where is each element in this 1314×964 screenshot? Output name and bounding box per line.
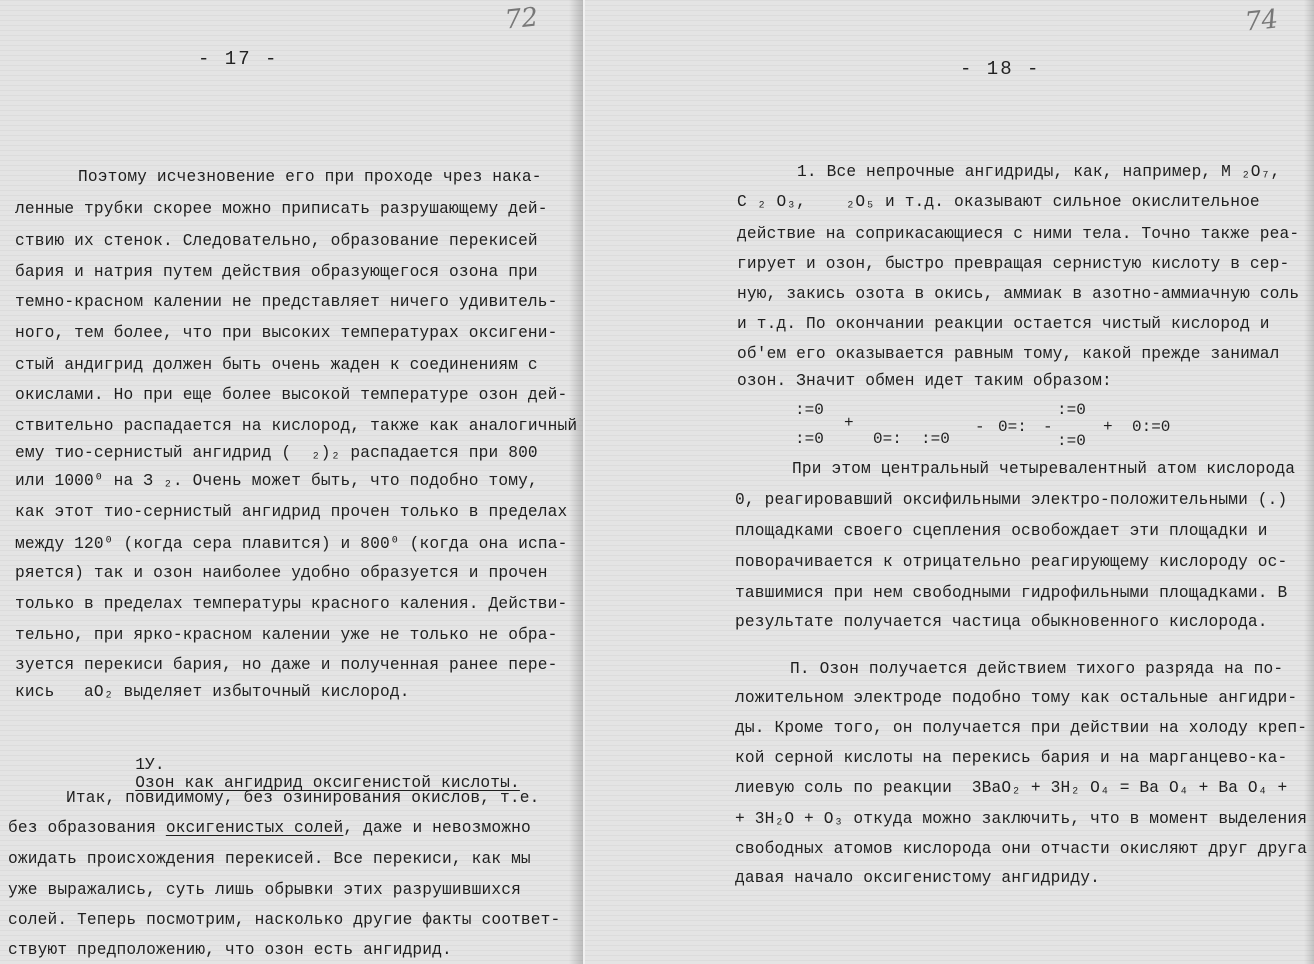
- text-line: кой серной кислоты на перекись бария и н…: [735, 749, 1287, 767]
- text-line: 0, реагировавший оксифильными электро-по…: [735, 491, 1287, 509]
- page-number: - 18 -: [960, 58, 1040, 80]
- text-line: Поэтому исчезновение его при проходе чре…: [78, 168, 542, 186]
- text-line: и т.д. По окончании реакции остается чис…: [737, 315, 1270, 333]
- page-number: - 17 -: [198, 48, 278, 70]
- text-line: ствительно распадается на кислород, такж…: [15, 417, 577, 435]
- text-line: ную, закись озота в окись, аммиак в азот…: [737, 285, 1299, 303]
- text-line: уже выражались, суть лишь обрывки этих р…: [8, 881, 521, 899]
- text-line: тельно, при ярко-красном калении уже не …: [15, 626, 558, 644]
- text-line: гирует и озон, быстро превращая сернисту…: [737, 255, 1289, 273]
- text-line: действие на соприкасающиеся с ними тела.…: [737, 225, 1299, 243]
- text-line: между 120⁰ (когда сера плавится) и 800⁰ …: [15, 533, 567, 553]
- text-line: только в пределах температуры красного к…: [15, 595, 567, 613]
- text-line: солей. Теперь посмотрим, насколько други…: [8, 911, 560, 929]
- text-line: свободных атомов кислорода они отчасти о…: [735, 840, 1307, 858]
- text-line: ленные трубки скорее можно приписать раз…: [15, 200, 548, 218]
- text-line: ожидать происхождения перекисей. Все пер…: [8, 850, 531, 868]
- text-line: давая начало оксигенистому ангидриду.: [735, 869, 1100, 887]
- right-page: - 18 - 74 1. Все непрочные ангидриды, ка…: [585, 0, 1314, 964]
- text-line: стый андигрид должен быть очень жаден к …: [15, 356, 538, 374]
- text-line: озон. Значит обмен идет таким образом:: [737, 372, 1112, 390]
- archive-number-handwritten: 72: [504, 2, 540, 35]
- text-line: поворачивается к отрицательно реагирующе…: [735, 553, 1287, 571]
- text-line: Итак, повидимому, без озинирования окисл…: [66, 789, 539, 807]
- text-line: лиевую соль по реакции 3BaO₂ + 3H₂ O₄ = …: [735, 779, 1287, 797]
- text-line: П. Озон получается действием тихого разр…: [790, 660, 1283, 678]
- section-number: 1У.: [135, 756, 165, 774]
- text-line: или 1000⁰ на З ₂. Очень может быть, что …: [15, 470, 538, 490]
- text-line: ного, тем более, что при высоких темпера…: [15, 324, 558, 342]
- left-page: - 17 - 72 Поэтому исчезновение его при п…: [0, 0, 583, 964]
- text-line: ряется) так и озон наиболее удобно образ…: [15, 564, 548, 582]
- text-line: ложительном электроде подобно тому как о…: [735, 689, 1297, 707]
- text-line: С ₂ O₃, ₂O₅ и т.д. оказывают сильное оки…: [737, 193, 1260, 211]
- text-line: тавшимися при нем свободными гидрофильны…: [735, 584, 1287, 602]
- text-line: площадками своего сцепления освобождает …: [735, 522, 1268, 540]
- text-line: ствию их стенок. Следовательно, образова…: [15, 232, 538, 250]
- text-line: результате получается частица обыкновенн…: [735, 613, 1268, 631]
- text-line: + 3H₂O + O₃ откуда можно заключить, что …: [735, 810, 1307, 828]
- text-line: зуется перекиси бария, но даже и получен…: [15, 656, 558, 674]
- text-line: 1. Все непрочные ангидриды, как, наприме…: [797, 163, 1280, 181]
- text-line: ему тио-сернистый ангидрид ( ₂)₂ распада…: [15, 444, 538, 462]
- text-line: При этом центральный четыревалентный ато…: [792, 460, 1295, 478]
- text-line: без образования оксигенистых солей, даже…: [8, 819, 531, 837]
- document-spread: - 17 - 72 Поэтому исчезновение его при п…: [0, 0, 1314, 964]
- text-line: темно-красном калении не представляет ни…: [15, 293, 558, 311]
- archive-number-handwritten: 74: [1244, 4, 1280, 37]
- text-line: ды. Кроме того, он получается при действ…: [735, 719, 1307, 737]
- text-line: об'ем его оказывается равным тому, какой…: [737, 345, 1280, 363]
- text-line: кись аO₂ выделяет избыточный кислород.: [15, 683, 410, 701]
- text-line: как этот тио-сернистый ангидрид прочен т…: [15, 503, 567, 521]
- text-line: ствуют предположению, что озон есть анги…: [8, 941, 452, 959]
- text-line: бария и натрия путем действия образующег…: [15, 263, 538, 281]
- text-line: окислами. Но при еще более высокой темпе…: [15, 386, 567, 404]
- underlined-term: оксигенистых солей: [166, 819, 344, 837]
